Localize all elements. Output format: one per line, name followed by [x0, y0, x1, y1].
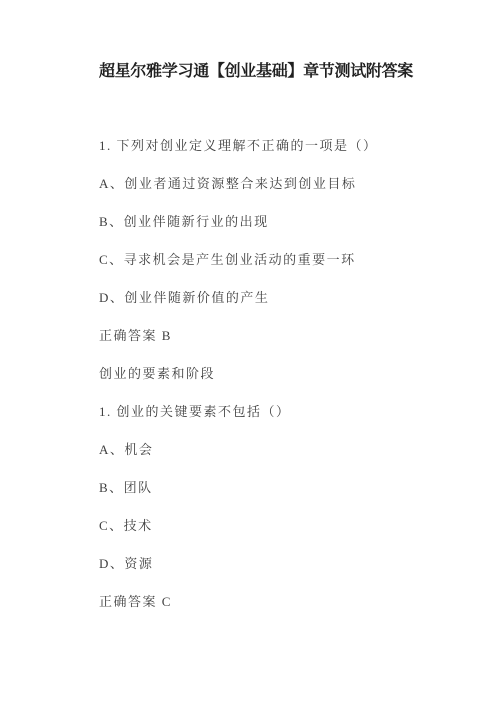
question-1-option-b: B、创业伴随新行业的出现 [99, 214, 472, 230]
question-1-option-d: D、创业伴随新价值的产生 [99, 290, 472, 306]
section-heading: 创业的要素和阶段 [99, 366, 472, 382]
document-page: 超星尔雅学习通【创业基础】章节测试附答案 1. 下列对创业定义理解不正确的一项是… [0, 0, 500, 708]
question-2-text: 1. 创业的关键要素不包括（） [99, 404, 472, 420]
question-2-option-a: A、机会 [99, 442, 472, 458]
question-1-option-c: C、寻求机会是产生创业活动的重要一环 [99, 252, 472, 268]
question-2-option-b: B、团队 [99, 480, 472, 496]
question-2-answer: 正确答案 C [99, 594, 472, 610]
question-2-option-d: D、资源 [99, 556, 472, 572]
question-1-option-a: A、创业者通过资源整合来达到创业目标 [99, 176, 472, 192]
document-title: 超星尔雅学习通【创业基础】章节测试附答案 [99, 62, 472, 82]
question-2-option-c: C、技术 [99, 518, 472, 534]
question-1-answer: 正确答案 B [99, 328, 472, 344]
question-1-text: 1. 下列对创业定义理解不正确的一项是（） [99, 138, 472, 154]
